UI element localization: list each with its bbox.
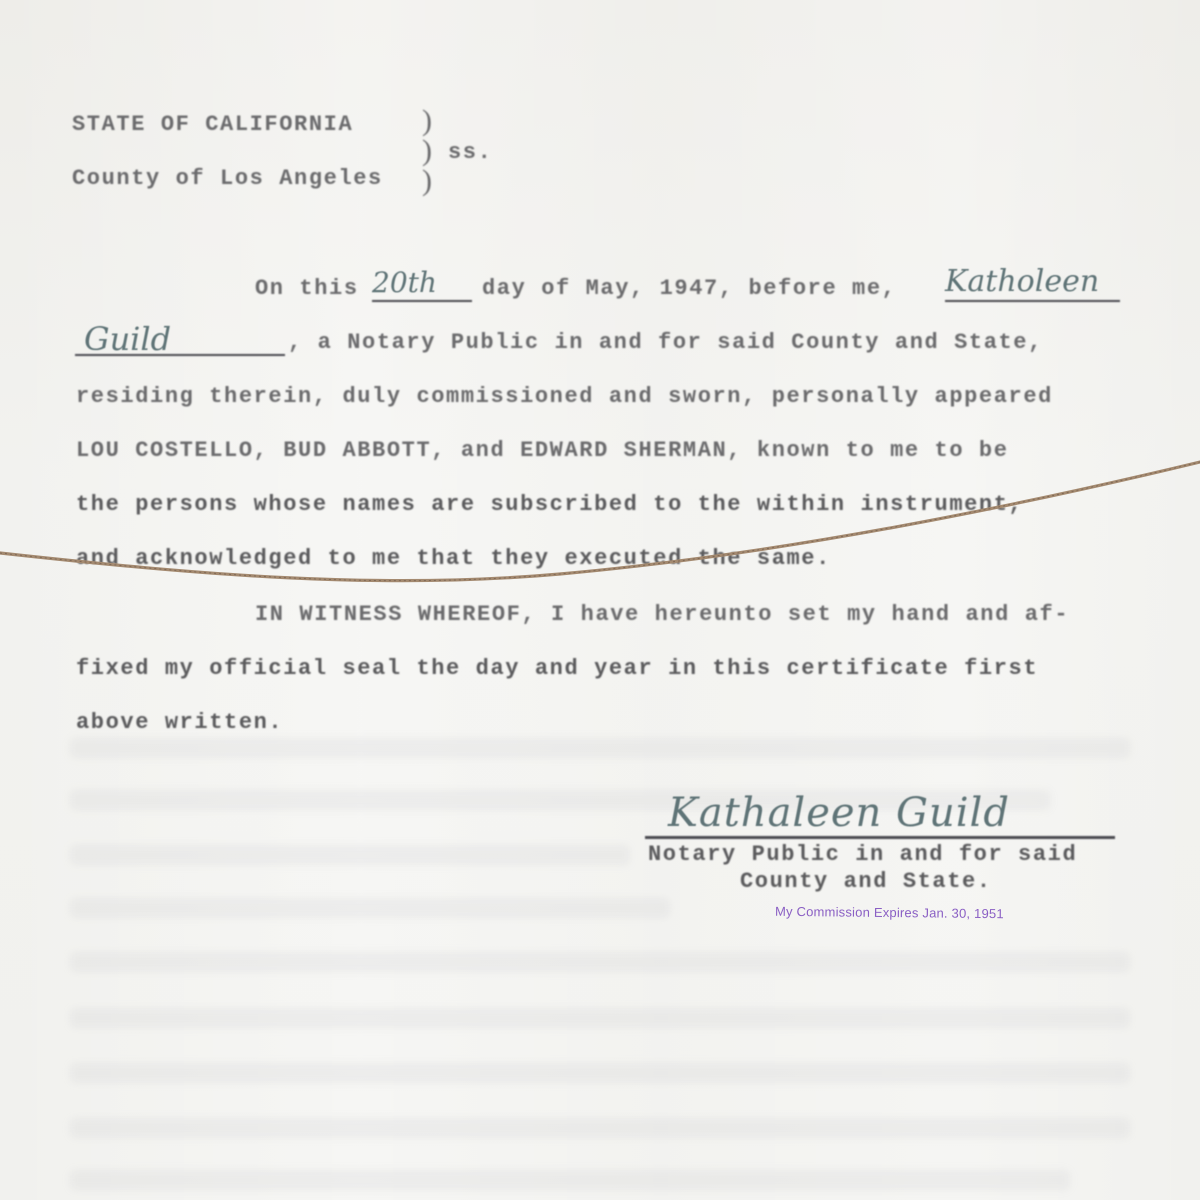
venue-county: County of Los Angeles [72, 166, 383, 191]
para2-line1: IN WITNESS WHEREOF, I have hereunto set … [255, 602, 1069, 627]
para1-line6: and acknowledged to me that they execute… [76, 546, 831, 571]
para1-line3: residing therein, duly commissioned and … [76, 384, 1053, 409]
name-blank-line-2 [75, 354, 285, 356]
para1-line4: LOU COSTELLO, BUD ABBOTT, and EDWARD SHE… [76, 438, 1009, 463]
venue-ss: ss. [448, 140, 492, 165]
para1-line1-start: On this [255, 276, 359, 301]
para2-line2: fixed my official seal the day and year … [76, 656, 1038, 681]
para1-line5: the persons whose names are subscribed t… [76, 492, 1023, 517]
bracket-top: ) [422, 104, 432, 138]
notary-title-line2: County and State. [740, 869, 992, 894]
name-blank-line-1 [945, 300, 1120, 302]
venue-state: STATE OF CALIFORNIA [72, 112, 353, 137]
bracket-mid: ) [422, 134, 432, 168]
commission-expiry-stamp: My Commission Expires Jan. 30, 1951 [775, 904, 1004, 921]
para1-line1-end: day of May, 1947, before me, [482, 276, 896, 301]
notary-title-line1: Notary Public in and for said [648, 842, 1077, 867]
handwritten-notary-first-name: Katholeen [945, 264, 1099, 299]
bracket-bottom: ) [422, 164, 432, 198]
signature-line [645, 836, 1115, 839]
para2-line3: above written. [76, 710, 283, 735]
day-blank-line [372, 300, 472, 302]
notary-signature: Kathaleen Guild [668, 790, 1010, 836]
para1-line2: , a Notary Public in and for said County… [288, 330, 1043, 355]
handwritten-notary-last-name: Guild [84, 320, 171, 358]
handwritten-day: 20th [372, 266, 437, 299]
